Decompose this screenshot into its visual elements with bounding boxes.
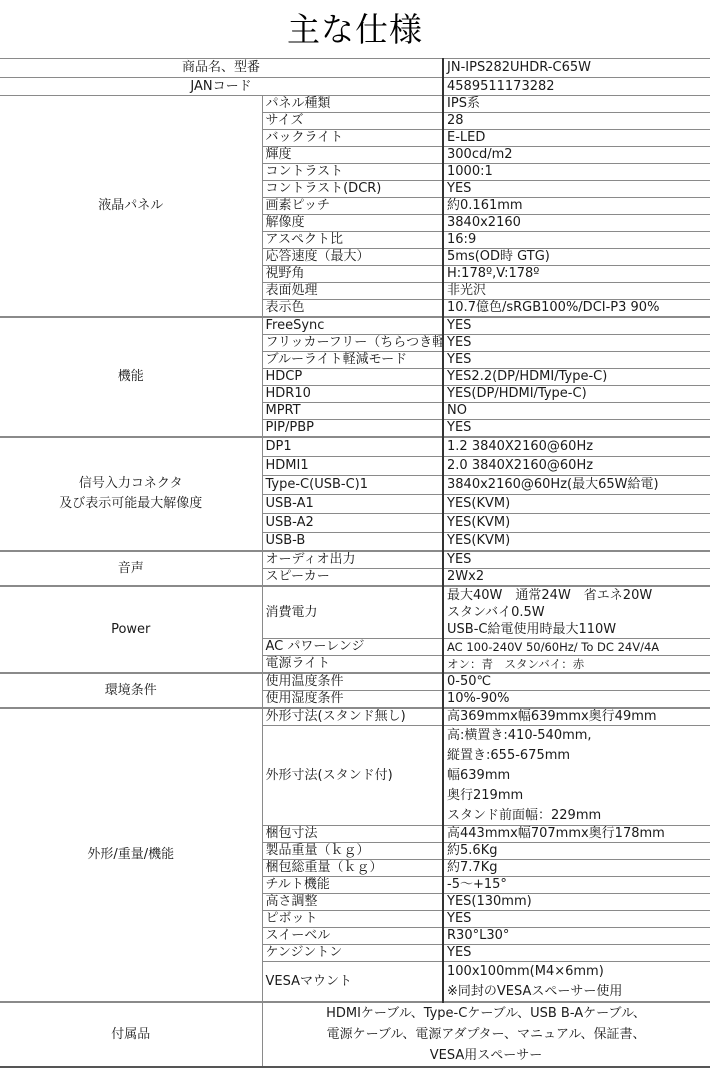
accessories-list: HDMIケーブル、Type-Cケーブル、USB B-Aケーブル、 電源ケーブル、… xyxy=(262,1002,710,1067)
spec-value: IPS系 xyxy=(443,96,710,113)
spec-value: 3840x2160 xyxy=(443,215,710,232)
spec-value: 0-50℃ xyxy=(443,673,710,691)
spec-key: 外形寸法(スタンド付) xyxy=(262,726,443,826)
spec-value: 28 xyxy=(443,113,710,130)
spec-row-accessories: 付属品 HDMIケーブル、Type-Cケーブル、USB B-Aケーブル、 電源ケ… xyxy=(0,1002,710,1067)
spec-value: E-LED xyxy=(443,130,710,147)
spec-key: 表面処理 xyxy=(262,283,443,300)
spec-row-jan: JANコード 4589511173282 xyxy=(0,78,710,96)
spec-key: 消費電力 xyxy=(262,586,443,639)
spec-value: 2Wx2 xyxy=(443,569,710,587)
spec-row: Power 消費電力 最大40W 通常24W 省エネ20W スタンバイ0.5W … xyxy=(0,586,710,639)
spec-key: コントラスト xyxy=(262,164,443,181)
spec-value: 約5.6Kg xyxy=(443,843,710,860)
spec-key: 梱包総重量（ｋｇ） xyxy=(262,860,443,877)
spec-value: 16:9 xyxy=(443,232,710,249)
spec-value: NO xyxy=(443,403,710,420)
spec-value: YES xyxy=(443,317,710,335)
spec-value-multiline: 100x100mm(M4×6mm) ※同封のVESAスペーサー使用 xyxy=(443,962,710,1003)
page-title: 主な仕様 xyxy=(0,8,710,52)
spec-key: オーディオ出力 xyxy=(262,551,443,569)
spec-key: HDMI1 xyxy=(262,456,443,475)
spec-key: FreeSync xyxy=(262,317,443,335)
row-value: JN-IPS282UHDR-C65W xyxy=(443,59,710,78)
spec-row: 外形/重量/機能 外形寸法(スタンド無し) 高369mmx幅639mmx奥行49… xyxy=(0,708,710,726)
spec-value-multiline: 最大40W 通常24W 省エネ20W スタンバイ0.5W USB-C給電使用時最… xyxy=(443,586,710,639)
accessory-line: VESA用スペーサー xyxy=(266,1045,707,1066)
spec-value: 5ms(OD時 GTG) xyxy=(443,249,710,266)
spec-row: 信号入力コネクタ 及び表示可能最大解像度 DP1 1.2 3840X2160@6… xyxy=(0,437,710,456)
spec-value-multiline: 高:横置き:410-540mm, 縦置き:655-675mm 幅639mm 奥行… xyxy=(443,726,710,826)
spec-value: YES(KVM) xyxy=(443,513,710,532)
value-line: 100x100mm(M4×6mm) xyxy=(447,962,707,982)
value-line: ※同封のVESAスペーサー使用 xyxy=(447,982,707,1001)
spec-key: コントラスト(DCR) xyxy=(262,181,443,198)
spec-key: フリッカーフリー（ちらつき軽減） xyxy=(262,335,443,352)
spec-key: HDCP xyxy=(262,369,443,386)
spec-value: 非光沢 xyxy=(443,283,710,300)
category-power: Power xyxy=(0,586,262,673)
category-environment: 環境条件 xyxy=(0,673,262,708)
spec-value: YES xyxy=(443,335,710,352)
spec-row-model: 商品名、型番 JN-IPS282UHDR-C65W xyxy=(0,59,710,78)
spec-key: サイズ xyxy=(262,113,443,130)
spec-key: VESAマウント xyxy=(262,962,443,1003)
spec-value: AC 100-240V 50/60Hz/ To DC 24V/4A xyxy=(443,639,710,656)
spec-value: オン：青 スタンバイ：赤 xyxy=(443,656,710,674)
spec-value: YES xyxy=(443,181,710,198)
category-dimensions: 外形/重量/機能 xyxy=(0,708,262,1002)
category-panel: 液晶パネル xyxy=(0,96,262,318)
value-line: USB-C給電使用時最大110W xyxy=(447,621,707,638)
value-line: 幅639mm xyxy=(447,766,707,786)
category-audio: 音声 xyxy=(0,551,262,586)
spec-key: ピボット xyxy=(262,911,443,928)
spec-key: 使用湿度条件 xyxy=(262,691,443,709)
spec-value: 約7.7Kg xyxy=(443,860,710,877)
category-line: 及び表示可能最大解像度 xyxy=(3,494,259,514)
spec-key: スイーベル xyxy=(262,928,443,945)
category-accessories: 付属品 xyxy=(0,1002,262,1067)
spec-key: 視野角 xyxy=(262,266,443,283)
value-line: 高:横置き:410-540mm, xyxy=(447,726,707,746)
spec-key: チルト機能 xyxy=(262,877,443,894)
spec-value: YES2.2(DP/HDMI/Type-C) xyxy=(443,369,710,386)
spec-value: 10%-90% xyxy=(443,691,710,709)
spec-key: HDR10 xyxy=(262,386,443,403)
spec-key: 使用温度条件 xyxy=(262,673,443,691)
spec-key: 応答速度（最大） xyxy=(262,249,443,266)
spec-row: 音声 オーディオ出力 YES xyxy=(0,551,710,569)
spec-key: USB-B xyxy=(262,532,443,551)
spec-value: 10.7億色/sRGB100%/DCI-P3 90% xyxy=(443,300,710,318)
spec-key: USB-A2 xyxy=(262,513,443,532)
value-line: 縦置き:655-675mm xyxy=(447,746,707,766)
value-line: スタンド前面幅：229mm xyxy=(447,806,707,825)
spec-key: 電源ライト xyxy=(262,656,443,674)
value-line: スタンバイ0.5W xyxy=(447,604,707,621)
spec-key: スピーカー xyxy=(262,569,443,587)
spec-row: 機能 FreeSync YES xyxy=(0,317,710,335)
category-features: 機能 xyxy=(0,317,262,437)
spec-table: 商品名、型番 JN-IPS282UHDR-C65W JANコード 4589511… xyxy=(0,58,710,1068)
spec-value: YES(KVM) xyxy=(443,494,710,513)
spec-value: 2.0 3840X2160@60Hz xyxy=(443,456,710,475)
row-value: 4589511173282 xyxy=(443,78,710,96)
spec-key: AC パワーレンジ xyxy=(262,639,443,656)
spec-key: DP1 xyxy=(262,437,443,456)
accessory-line: 電源ケーブル、電源アダプター、マニュアル、保証書、 xyxy=(266,1024,707,1045)
category-signal-input: 信号入力コネクタ 及び表示可能最大解像度 xyxy=(0,437,262,551)
value-line: 最大40W 通常24W 省エネ20W xyxy=(447,587,707,604)
accessory-line: HDMIケーブル、Type-Cケーブル、USB B-Aケーブル、 xyxy=(266,1003,707,1024)
spec-key: 梱包寸法 xyxy=(262,826,443,843)
spec-key: MPRT xyxy=(262,403,443,420)
spec-value: H:178º,V:178º xyxy=(443,266,710,283)
spec-key: 外形寸法(スタンド無し) xyxy=(262,708,443,726)
spec-value: YES xyxy=(443,420,710,438)
spec-value: 300cd/m2 xyxy=(443,147,710,164)
spec-value: YES xyxy=(443,911,710,928)
spec-key: 表示色 xyxy=(262,300,443,318)
spec-key: ブルーライト軽減モード xyxy=(262,352,443,369)
spec-value: YES xyxy=(443,945,710,962)
spec-key: 製品重量（ｋｇ） xyxy=(262,843,443,860)
spec-key: アスペクト比 xyxy=(262,232,443,249)
value-line: 奥行219mm xyxy=(447,786,707,806)
spec-key: 解像度 xyxy=(262,215,443,232)
spec-key: Type-C(USB-C)1 xyxy=(262,475,443,494)
row-label: 商品名、型番 xyxy=(0,59,443,78)
spec-key: 画素ピッチ xyxy=(262,198,443,215)
spec-value: 約0.161mm xyxy=(443,198,710,215)
spec-key: 高さ調整 xyxy=(262,894,443,911)
spec-value: 1000:1 xyxy=(443,164,710,181)
spec-row: 環境条件 使用温度条件 0-50℃ xyxy=(0,673,710,691)
category-line: 信号入力コネクタ xyxy=(3,474,259,494)
spec-key: USB-A1 xyxy=(262,494,443,513)
spec-value: 1.2 3840X2160@60Hz xyxy=(443,437,710,456)
spec-row: 液晶パネル パネル種類 IPS系 xyxy=(0,96,710,113)
spec-value: 高443mmx幅707mmx奥行178mm xyxy=(443,826,710,843)
spec-key: ケンジントン xyxy=(262,945,443,962)
spec-value: 高369mmx幅639mmx奥行49mm xyxy=(443,708,710,726)
spec-key: パネル種類 xyxy=(262,96,443,113)
spec-key: PIP/PBP xyxy=(262,420,443,438)
spec-value: YES(DP/HDMI/Type-C) xyxy=(443,386,710,403)
spec-key: 輝度 xyxy=(262,147,443,164)
spec-value: R30°L30° xyxy=(443,928,710,945)
spec-key: バックライト xyxy=(262,130,443,147)
spec-value: YES(KVM) xyxy=(443,532,710,551)
row-label: JANコード xyxy=(0,78,443,96)
spec-value: YES xyxy=(443,551,710,569)
spec-value: YES xyxy=(443,352,710,369)
spec-value: 3840x2160@60Hz(最大65W給電) xyxy=(443,475,710,494)
spec-value: -5～+15° xyxy=(443,877,710,894)
spec-value: YES(130mm) xyxy=(443,894,710,911)
